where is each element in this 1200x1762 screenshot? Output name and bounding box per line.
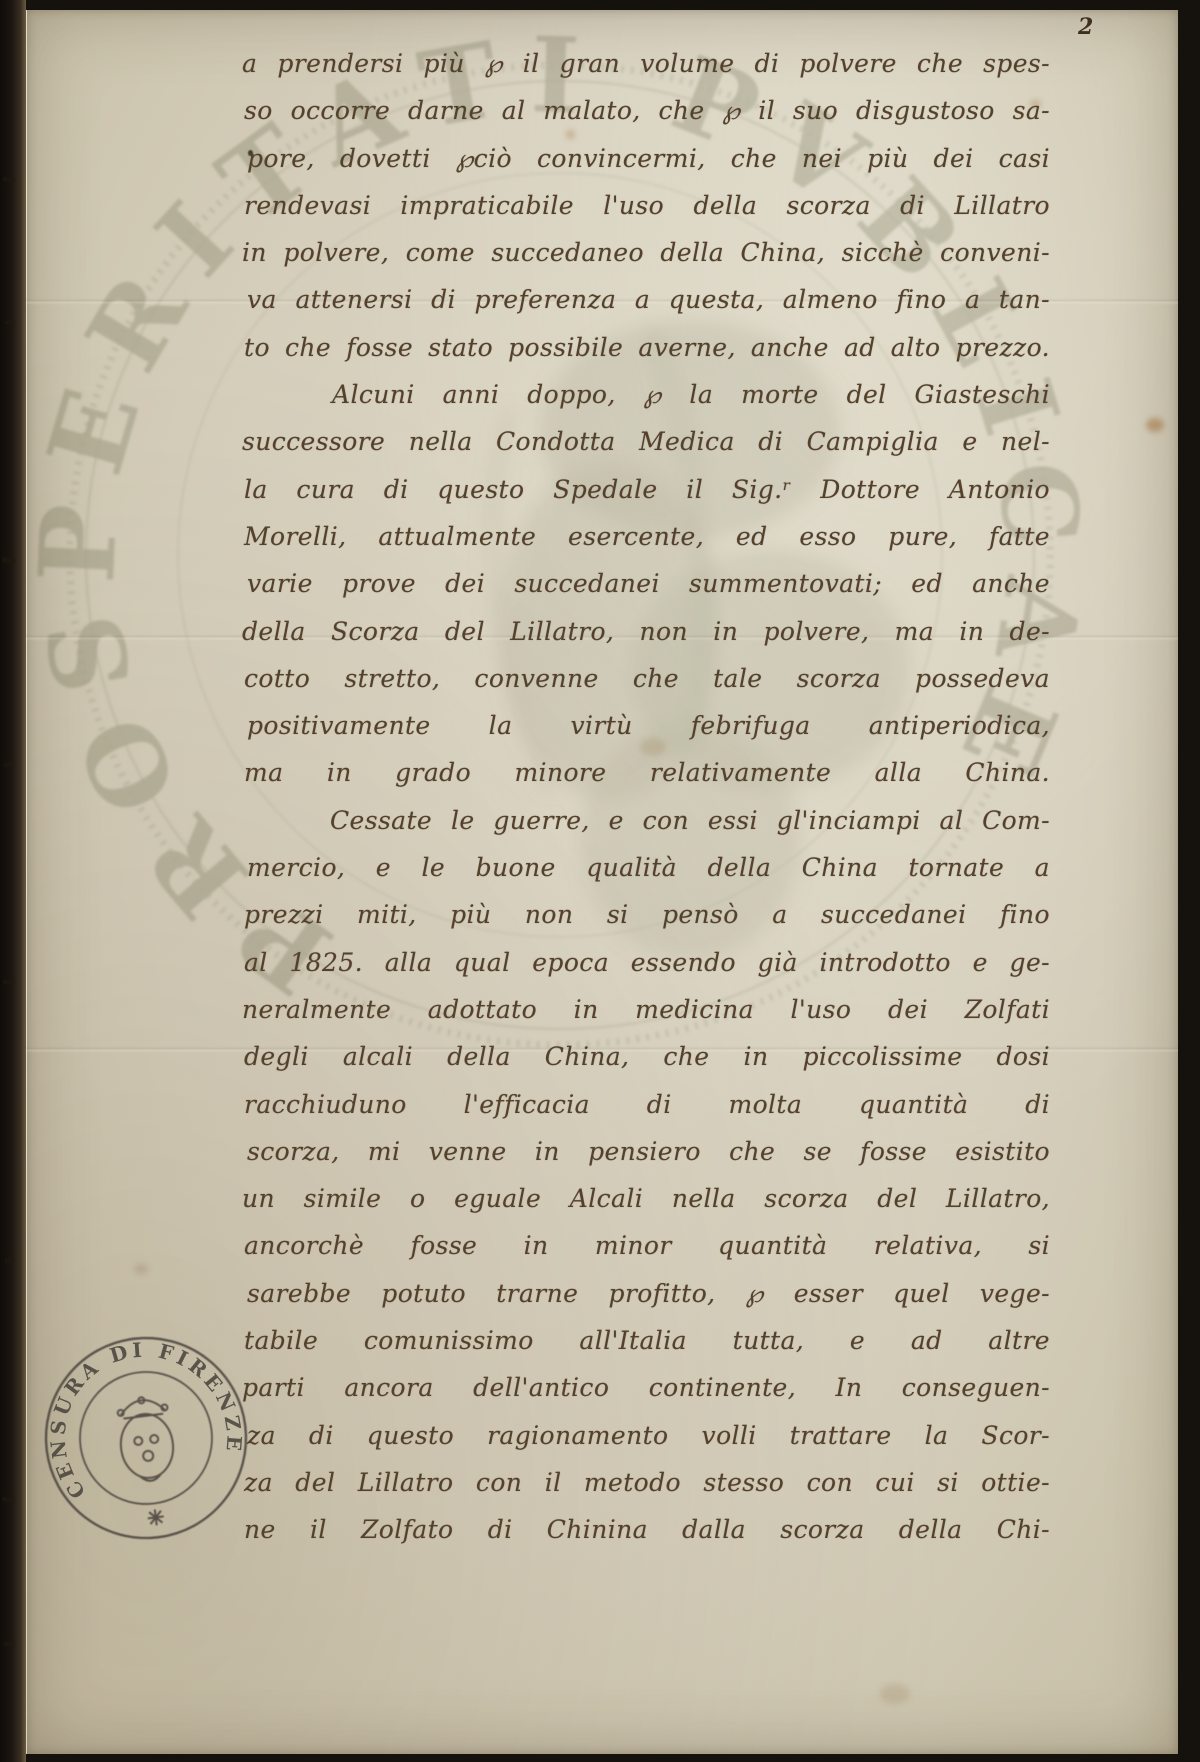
manuscript-line: za di questo ragionamento volli trattare… (247, 1412, 1050, 1459)
manuscript-line: a prendersi più ℘ il gran volume di polv… (242, 40, 1050, 87)
manuscript-line: sarebbe potuto trarne profitto, ℘ esser … (247, 1270, 1050, 1317)
manuscript-line: ma in grado minore relativamente alla Ch… (244, 749, 1050, 796)
manuscript-line: tabile comunissimo all'Italia tutta, e a… (244, 1317, 1050, 1364)
manuscript-line: in polvere, come succedaneo della China,… (242, 229, 1050, 276)
manuscript-line: cotto stretto, convenne che tale scorza … (244, 655, 1050, 702)
binding-mark (4, 1642, 14, 1647)
stamp-coat-of-arms (115, 1394, 177, 1484)
manuscript-line: scorza, mi venne in pensiero che se foss… (247, 1128, 1050, 1175)
manuscript-line: degli alcali della China, che in piccoli… (244, 1033, 1050, 1080)
manuscript-line: parti ancora dell'antico continente, In … (242, 1364, 1050, 1411)
manuscript-line: mercio, e le buone qualità della China t… (247, 844, 1050, 891)
manuscript-line: varie prove dei succedanei summentovati;… (247, 560, 1050, 607)
manuscript-line: rendevasi impraticabile l'uso della scor… (244, 182, 1050, 229)
manuscript-line: za del Lillatro con il metodo stesso con… (244, 1459, 1050, 1506)
manuscript-line: della Scorza del Lillatro, non in polver… (242, 608, 1050, 655)
stain (880, 1684, 910, 1704)
manuscript-text-block: a prendersi più ℘ il gran volume di polv… (244, 40, 1050, 1554)
binding-mark (2, 1497, 15, 1503)
manuscript-line: la cura di questo Spedale il Sig.ʳ Dotto… (244, 466, 1050, 513)
manuscript-line: va attenersi di preferenza a questa, alm… (247, 276, 1050, 323)
stain (134, 1264, 148, 1274)
binding-mark (3, 177, 16, 184)
manuscript-line: so occorre darne al malato, che ℘ il suo… (244, 87, 1050, 134)
manuscript-line: successore nella Condotta Medica di Camp… (242, 418, 1050, 465)
manuscript-line: neralmente adottato in medicina l'uso de… (242, 986, 1050, 1033)
manuscript-line: ancorchè fosse in minor quantità relativ… (244, 1222, 1050, 1269)
binding-mark (2, 557, 16, 564)
stain (1146, 418, 1164, 432)
binding-mark (4, 761, 15, 768)
manuscript-line: racchiuduno l'efficacia di molta quantit… (244, 1081, 1050, 1128)
manuscript-line: pore, dovetti ℘ciò convincermi, che nei … (247, 135, 1050, 182)
manuscript-line: to che fosse stato possibile averne, anc… (244, 324, 1050, 371)
binding-mark (5, 319, 15, 325)
binding-mark (5, 1257, 15, 1263)
manuscript-line: Morelli, attualmente esercente, ed esso … (244, 513, 1050, 560)
manuscript-line: Alcuni anni doppo, ℘ la morte del Giaste… (244, 371, 1050, 418)
manuscript-line: ne il Zolfato di Chinina dalla scorza de… (244, 1506, 1050, 1553)
manuscript-line: positivamente la virtù febrifuga antiper… (247, 702, 1050, 749)
manuscript-line: prezzi miti, più non si pensò a succedan… (244, 891, 1050, 938)
censura-stamp-icon: CENSURA DI FIRENZE (21, 1313, 271, 1563)
page-number: 2 (1078, 14, 1093, 40)
binding-mark (3, 979, 14, 984)
manuscript-line: Cessate le guerre, e con essi gl'inciamp… (242, 797, 1050, 844)
binding-edge (0, 0, 26, 1762)
stamp-star (147, 1508, 165, 1526)
manuscript-line: al 1825. alla qual epoca essendo già int… (244, 939, 1050, 986)
scanned-manuscript: PROSPERITATI PVBLICAE a prendersi più ℘ … (0, 0, 1200, 1762)
manuscript-line: un simile o eguale Alcali nella scorza d… (242, 1175, 1050, 1222)
